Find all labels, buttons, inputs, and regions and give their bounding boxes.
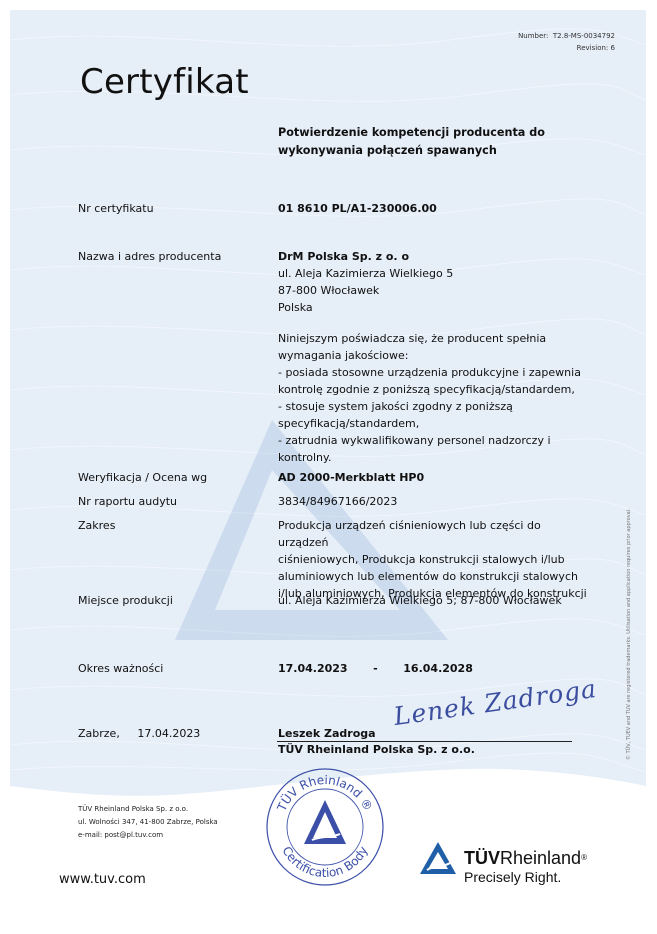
cert-number-value: 01 8610 PL/A1-230006.00 xyxy=(278,200,588,217)
trademark-note: © TÜV, TUEV and TUV are registered trade… xyxy=(626,508,632,760)
cert-number-label: Nr certyfikatu xyxy=(78,200,154,217)
manufacturer-label: Nazwa i adres producenta xyxy=(78,248,221,265)
footer-address-block: TÜV Rheinland Polska Sp. z o.o. ul. Woln… xyxy=(78,803,218,842)
validity-from: 17.04.2023 xyxy=(278,662,348,675)
number-label: Number: xyxy=(518,32,548,40)
seal-bottom-text: Certification Body xyxy=(279,844,370,880)
logo-brand: TÜVRheinland® xyxy=(464,848,587,868)
tuv-triangle-icon xyxy=(304,800,346,844)
audit-report-label: Nr raportu audytu xyxy=(78,493,177,510)
manufacturer-address: ul. Aleja Kazimierza Wielkiego 5 87-800 … xyxy=(278,265,588,316)
logo-registered-mark: ® xyxy=(581,853,587,862)
scope-value: Produkcja urządzeń ciśnieniowych lub czę… xyxy=(278,517,588,602)
footer-address: ul. Wolności 347, 41-800 Zabrze, Polska xyxy=(78,816,218,829)
validity-separator: - xyxy=(351,660,399,677)
svg-text:Certification Body: Certification Body xyxy=(279,844,370,880)
verification-label: Weryfikacja / Ocena wg xyxy=(78,469,207,486)
document-number: Number: T2.8-MS-0034792 xyxy=(518,31,615,42)
manufacturer-name: DrM Polska Sp. z o. o xyxy=(278,248,588,265)
revision-label: Revision: xyxy=(577,44,609,52)
logo-brand-regular: Rheinland xyxy=(500,848,581,868)
logo-tagline: Precisely Right. xyxy=(464,868,587,886)
website-link[interactable]: www.tuv.com xyxy=(59,872,146,887)
validity-label: Okres ważności xyxy=(78,660,163,677)
number-value: T2.8-MS-0034792 xyxy=(553,32,615,40)
production-site-label: Miejsce produkcji xyxy=(78,592,173,609)
signer-organization: TÜV Rheinland Polska Sp. z o.o. xyxy=(278,741,588,758)
logo-brand-bold: TÜV xyxy=(464,848,500,868)
issue-place: Zabrze, xyxy=(78,727,120,740)
production-site-value: ul. Aleja Kazimierza Wielkiego 5; 87-800… xyxy=(278,592,588,609)
tuv-logo-icon xyxy=(418,840,458,876)
signer-name: Leszek Zadroga xyxy=(278,725,588,742)
tuv-logo: TÜVRheinland® Precisely Right. xyxy=(464,848,587,886)
footer-email: e-mail: post@pl.tuv.com xyxy=(78,829,218,842)
issue-date: 17.04.2023 xyxy=(137,727,200,740)
certification-seal: TÜV Rheinland ® Certification Body xyxy=(264,766,386,888)
page-title: Certyfikat xyxy=(80,62,249,102)
compliance-statement: Niniejszym poświadcza się, że producent … xyxy=(278,330,588,466)
issue-place-date: Zabrze, 17.04.2023 xyxy=(78,725,200,742)
verification-value: AD 2000-Merkblatt HP0 xyxy=(278,469,588,486)
document-revision: Revision: 6 xyxy=(577,43,615,54)
revision-value: 6 xyxy=(611,44,615,52)
audit-report-value: 3834/84967166/2023 xyxy=(278,493,588,510)
validity-period: 17.04.2023 - 16.04.2028 xyxy=(278,660,588,677)
scope-label: Zakres xyxy=(78,517,115,534)
footer-company: TÜV Rheinland Polska Sp. z o.o. xyxy=(78,803,218,816)
validity-to: 16.04.2028 xyxy=(403,662,473,675)
certificate-subtitle: Potwierdzenie kompetencji producenta do … xyxy=(278,124,578,160)
